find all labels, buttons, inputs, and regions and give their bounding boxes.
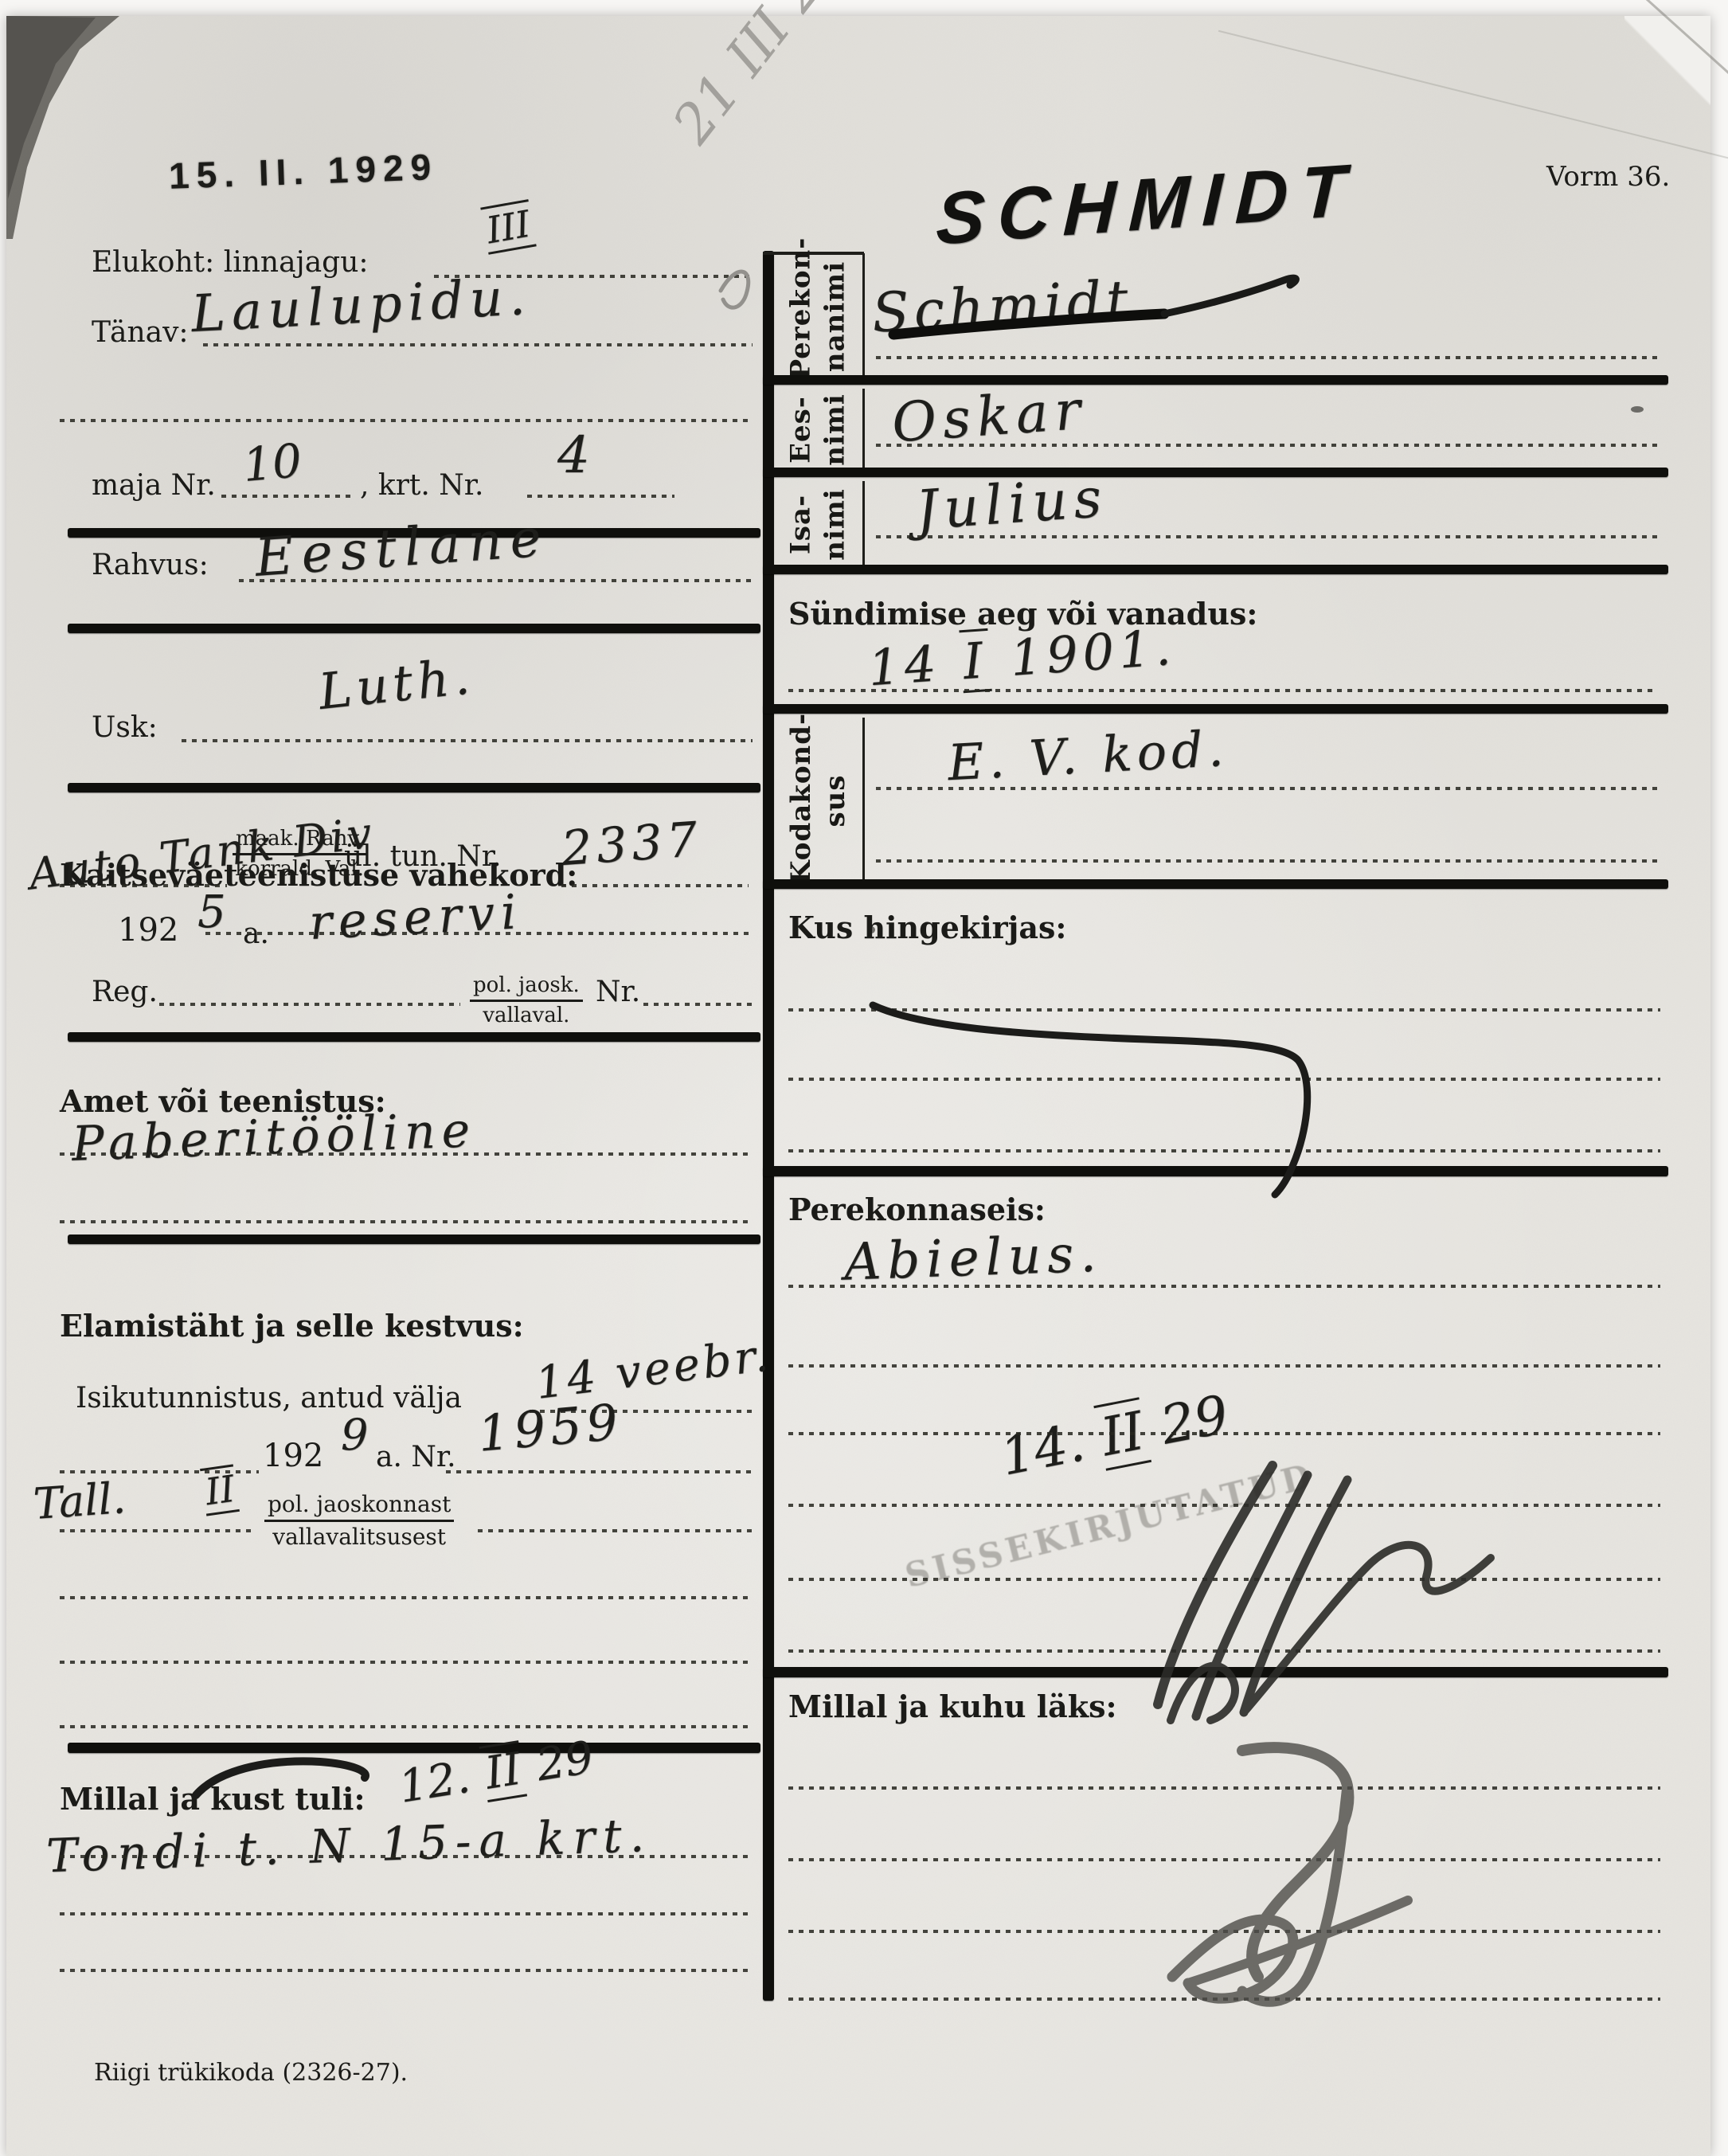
dotted-line (876, 787, 1660, 790)
section-heading-sundimise: Sündimise aeg või vanadus: (788, 599, 1664, 629)
date-part: 1901. (1008, 618, 1177, 687)
dotted-line (788, 1930, 1660, 1933)
field-label-isanimi: Isa- nimi (784, 481, 860, 569)
dotted-line (788, 689, 1656, 692)
field-value-tall-numeral: II (201, 1469, 239, 1510)
field-value-reserv: reservi (308, 888, 524, 947)
label-line: Isa- (784, 481, 819, 569)
ink-speck (1631, 406, 1644, 413)
date-part: 29 (533, 1731, 597, 1791)
dotted-line (60, 1912, 753, 1915)
dotted-line (788, 1649, 1660, 1653)
field-value-year-digit: 9 (341, 1414, 368, 1457)
field-value-isanimi: Julius (914, 472, 1109, 539)
field-label-perekonnanimi: Perekon- nanimi (784, 254, 860, 380)
field-value-linnajagu: III (481, 205, 535, 249)
dotted-line (788, 1285, 1660, 1288)
central-divider (763, 251, 774, 2001)
form-number: Vorm 36. (1546, 163, 1670, 190)
section-divider (763, 1667, 1668, 1677)
field-value-krt-nr: 4 (557, 430, 590, 481)
section-divider (763, 704, 1668, 714)
section-heading-tuli: Millal ja kust tuli: (60, 1784, 760, 1814)
dotted-line (788, 1998, 1660, 2001)
dotted-line (60, 1529, 255, 1532)
field-label-eesnimi: Ees- nimi (784, 389, 860, 472)
section-divider (763, 468, 1668, 477)
section-heading-elamistaht: Elamistäht ja selle kestvus: (60, 1311, 760, 1341)
roman-numeral: III (480, 199, 536, 255)
field-value-isiku-nr: 1959 (476, 1397, 625, 1459)
field-value-amet: Paberitööline (71, 1106, 477, 1168)
section-heading-perekonnaseis: Perekonnaseis: (788, 1195, 1664, 1225)
label-separator-line (862, 389, 865, 472)
section-divider (763, 565, 1668, 574)
label-line: Ees- (784, 389, 819, 472)
section-divider (763, 375, 1668, 385)
fraction-bottom: vallavalitsusest (264, 1522, 454, 1551)
dotted-line (788, 1149, 1660, 1152)
dotted-line (788, 1786, 1660, 1790)
dotted-line (788, 1504, 1660, 1507)
section-divider (763, 879, 1668, 889)
field-label-reg-nr: Nr. (596, 978, 640, 1007)
printed-a-nr: a. Nr. (376, 1443, 456, 1472)
dotted-line (876, 356, 1660, 359)
dotted-line (60, 419, 753, 422)
field-value-tall: Tall. (32, 1477, 127, 1526)
section-divider (68, 624, 760, 633)
field-label-usk: Usk: (92, 714, 158, 742)
dotted-line (60, 1661, 753, 1664)
label-separator-line (862, 253, 865, 379)
torn-corner-top-left (0, 0, 175, 255)
field-label-krt-nr: , krt. Nr. (360, 472, 483, 500)
printed-year-prefix: 192 (263, 1440, 323, 1472)
field-label-reg: Reg. (92, 978, 158, 1007)
field-value-tunnistus-nr: 2337 (560, 816, 703, 873)
dotted-line (788, 1858, 1660, 1861)
label-line: nimi (818, 481, 852, 569)
roman-numeral: II (200, 1464, 240, 1516)
section-heading-laks: Millal ja kuhu läks: (788, 1692, 1664, 1722)
field-value-perekonnaseis: Abielus. (843, 1228, 1103, 1288)
section-divider (68, 783, 760, 792)
dotted-line (876, 859, 1660, 863)
field-value-eesnimi: Oskar (890, 384, 1089, 452)
dotted-line (561, 884, 749, 887)
dotted-line (788, 1578, 1660, 1581)
field-label-rahvus: Rahvus: (92, 551, 209, 580)
date-part: 14 (866, 634, 943, 697)
field-value-year-digit: 5 (197, 890, 226, 935)
dotted-line (788, 1364, 1660, 1368)
dotted-line (478, 1529, 753, 1532)
dotted-line (182, 739, 753, 742)
dotted-line (876, 535, 1660, 538)
dotted-line (643, 1003, 753, 1006)
dotted-line (788, 1432, 1660, 1435)
section-heading-hingekirjas: Kus hingekirjas: (788, 913, 1664, 943)
printed-fraction-pol-jaoskonnast: pol. jaoskonnast vallavalitsusest (264, 1491, 454, 1550)
field-label-kodakondsus: Kodakond- sus (784, 718, 860, 884)
label-line: Kodakond- (784, 718, 819, 884)
dotted-line (60, 1725, 753, 1728)
fold-corner-top-right (1624, 16, 1710, 112)
fraction-top: pol. jaosk. (470, 973, 583, 1002)
dotted-line (876, 444, 1660, 447)
dotted-line (159, 1003, 460, 1006)
section-divider (763, 1166, 1668, 1176)
label-separator-line (862, 718, 865, 884)
surname-crossed-out: Schmidt (870, 273, 1134, 341)
printed-year-prefix: 192 (118, 914, 178, 946)
dotted-line (221, 495, 353, 498)
field-label-maja-nr: maja Nr. (92, 472, 216, 500)
field-value-kodakondsus: E. V. kod. (947, 724, 1230, 788)
label-line: nimi (818, 389, 852, 472)
label-separator-line (862, 481, 865, 569)
section-divider (68, 1235, 760, 1244)
label-line: sus (819, 718, 853, 884)
field-label-elukoht: Elukoht: linnajagu: (92, 248, 369, 277)
dotted-line (60, 1220, 753, 1223)
field-label-isikutunnistus: Isikutunnistus, antud välja (76, 1384, 462, 1413)
printer-imprint: Riigi trükikoda (2326-27). (94, 2061, 408, 2085)
registration-card-scan: 15. II. 1929 Vorm 36. SCHMIDT 21 III 29 … (0, 0, 1728, 2156)
fraction-top: pol. jaoskonnast (264, 1491, 454, 1522)
dotted-line (527, 495, 674, 498)
dotted-line (788, 1008, 1660, 1011)
label-line: nanimi (818, 254, 852, 380)
section-divider (68, 1743, 760, 1753)
dotted-line (60, 1855, 753, 1858)
section-divider (68, 1032, 760, 1042)
printed-fraction-pol-jaosk: pol. jaosk. vallaval. (470, 973, 583, 1028)
dotted-line (60, 1969, 753, 1972)
dotted-line (446, 1470, 753, 1473)
field-label-tanav: Tänav: (92, 319, 189, 347)
dotted-line (203, 343, 753, 346)
field-value-usk: Luth. (316, 651, 476, 717)
fraction-bottom: vallaval. (470, 1002, 583, 1028)
date-part: 29 (1156, 1383, 1233, 1457)
dotted-line (788, 1078, 1660, 1081)
label-line: Perekon- (784, 254, 819, 380)
dotted-line (60, 1596, 753, 1599)
field-value-maja-nr: 10 (241, 437, 304, 488)
dotted-line (60, 1152, 753, 1156)
roman-numeral: I (959, 628, 992, 693)
